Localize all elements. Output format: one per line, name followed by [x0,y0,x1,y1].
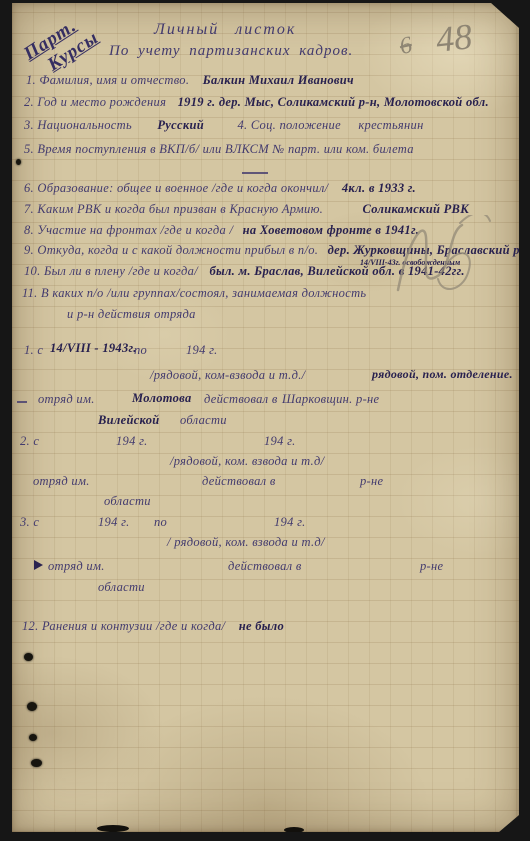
scan-background: Парт. Курсы Личный листок По учету парти… [0,0,530,841]
record2-district-label: р-не [360,474,383,489]
record2-prefix: 2. с [20,434,39,449]
punch-hole [24,653,33,661]
field-party-entry-label: 5. Время поступления в ВКП/б/ или ВЛКСМ … [24,142,414,156]
field-draft-label: 7. Каким РВК и когда был призван в Красн… [24,202,323,216]
field-education-value: 4кл. в 1933 г. [342,181,416,195]
document-paper: Парт. Курсы Личный листок По учету парти… [12,3,519,832]
record2-to-date: 194 г. [264,434,296,449]
pencil-paraph-mark [390,215,494,303]
field-nationality-label: 3. Национальность [24,118,132,132]
document-title: Личный листок [154,20,296,39]
field-birth-value: 1919 г. дер. Мыс, Соликамский р-н, Молот… [178,95,489,109]
field-birth-label: 2. Год и место рождения [24,95,166,109]
edge-tear-mark [97,825,129,832]
punch-hole [27,702,37,711]
punch-hole [31,759,42,767]
punch-hole [16,159,21,165]
record1-prefix: 1. с [24,343,43,358]
field-fronts-label: 8. Участие на фронтах /где и когда / [24,223,233,237]
crossed-out-number: 6 [397,32,414,61]
field-fronts: 8. Участие на фронтах /где и когда / на … [24,223,419,238]
field-education: 6. Образование: общее и военное /где и к… [24,181,416,196]
record1-region-label: области [180,413,227,428]
field-name-label: 1. Фамилия, имя и отчество. [26,73,189,87]
field-name-value: Балкин Михаил Иванович [203,73,354,87]
field-birth: 2. Год и место рождения 1919 г. дер. Мыс… [24,95,489,110]
field-nationality-social: 3. Национальность Русский 4. Соц. положе… [24,118,424,133]
record1-region-value: Вилейской [98,413,160,428]
record1-to-date: 194 г. [186,343,218,358]
field-wounds-value: не было [239,619,284,633]
field-units-label: 11. В каких п/о /или группах/состоял, за… [22,286,366,301]
field-nationality-value: Русский [157,118,204,132]
field-social-value: крестьянин [358,118,423,132]
record3-to-label: по [154,515,167,530]
field-captivity-label: 10. Был ли в плену /где и когда/ [24,264,198,278]
field-wounds-label: 12. Ранения и контузии /где и когда/ [22,619,225,633]
field-wounds: 12. Ранения и контузии /где и когда/ не … [22,619,284,634]
edge-tear-mark [284,827,304,832]
record3-from-date: 194 г. [98,515,130,530]
record1-from-date: 14/VIII - 1943г. [50,341,137,356]
record2-role-hint: /рядовой, ком. взвода и т.д/ [170,454,324,469]
field-name: 1. Фамилия, имя и отчество. Балкин Михаи… [26,73,354,88]
record1-role-hint: /рядовой, ком-взвода и т.д./ [150,368,305,383]
record3-acted-label: действовал в [228,559,302,574]
field-education-label: 6. Образование: общее и военное /где и к… [24,181,328,195]
record3-district-label: р-не [420,559,443,574]
punch-hole [29,734,37,741]
ink-blot [34,560,43,570]
record1-to-label: по [134,343,147,358]
record3-unit-label: отряд им. [48,559,105,574]
record2-unit-label: отряд им. [33,474,90,489]
record3-role-hint: / рядовой, ком. взвода и т.д/ [167,535,325,550]
document-subtitle: По учету партизанских кадров. [109,42,353,60]
record1-acted-label: действовал в [204,392,278,407]
record1-unit-value: Молотова [132,391,192,406]
record3-region-label: области [98,580,145,595]
record3-prefix: 3. с [20,515,39,530]
field-arrival-label: 9. Откуда, когда и с какой должности при… [24,243,318,257]
record2-from-date: 194 г. [116,434,148,449]
field-draft-value: Соликамский РВК [363,202,469,216]
record1-role-value: рядовой, пом. отделение. [372,367,513,381]
record1-unit-label: отряд им. [38,392,95,407]
record3-to-date: 194 г. [274,515,306,530]
margin-mark [17,401,27,403]
field-party-entry: 5. Время поступления в ВКП/б/ или ВЛКСМ … [24,142,414,157]
record1-district-value: Шарковщин. р-не [282,392,379,407]
field-units-label-2: и р-н действия отряда [67,307,196,322]
field-social-label: 4. Соц. положение [237,118,341,132]
underline-mark [242,172,268,174]
page-number: 48 [434,15,474,61]
record2-region-label: области [104,494,151,509]
record2-acted-label: действовал в [202,474,276,489]
